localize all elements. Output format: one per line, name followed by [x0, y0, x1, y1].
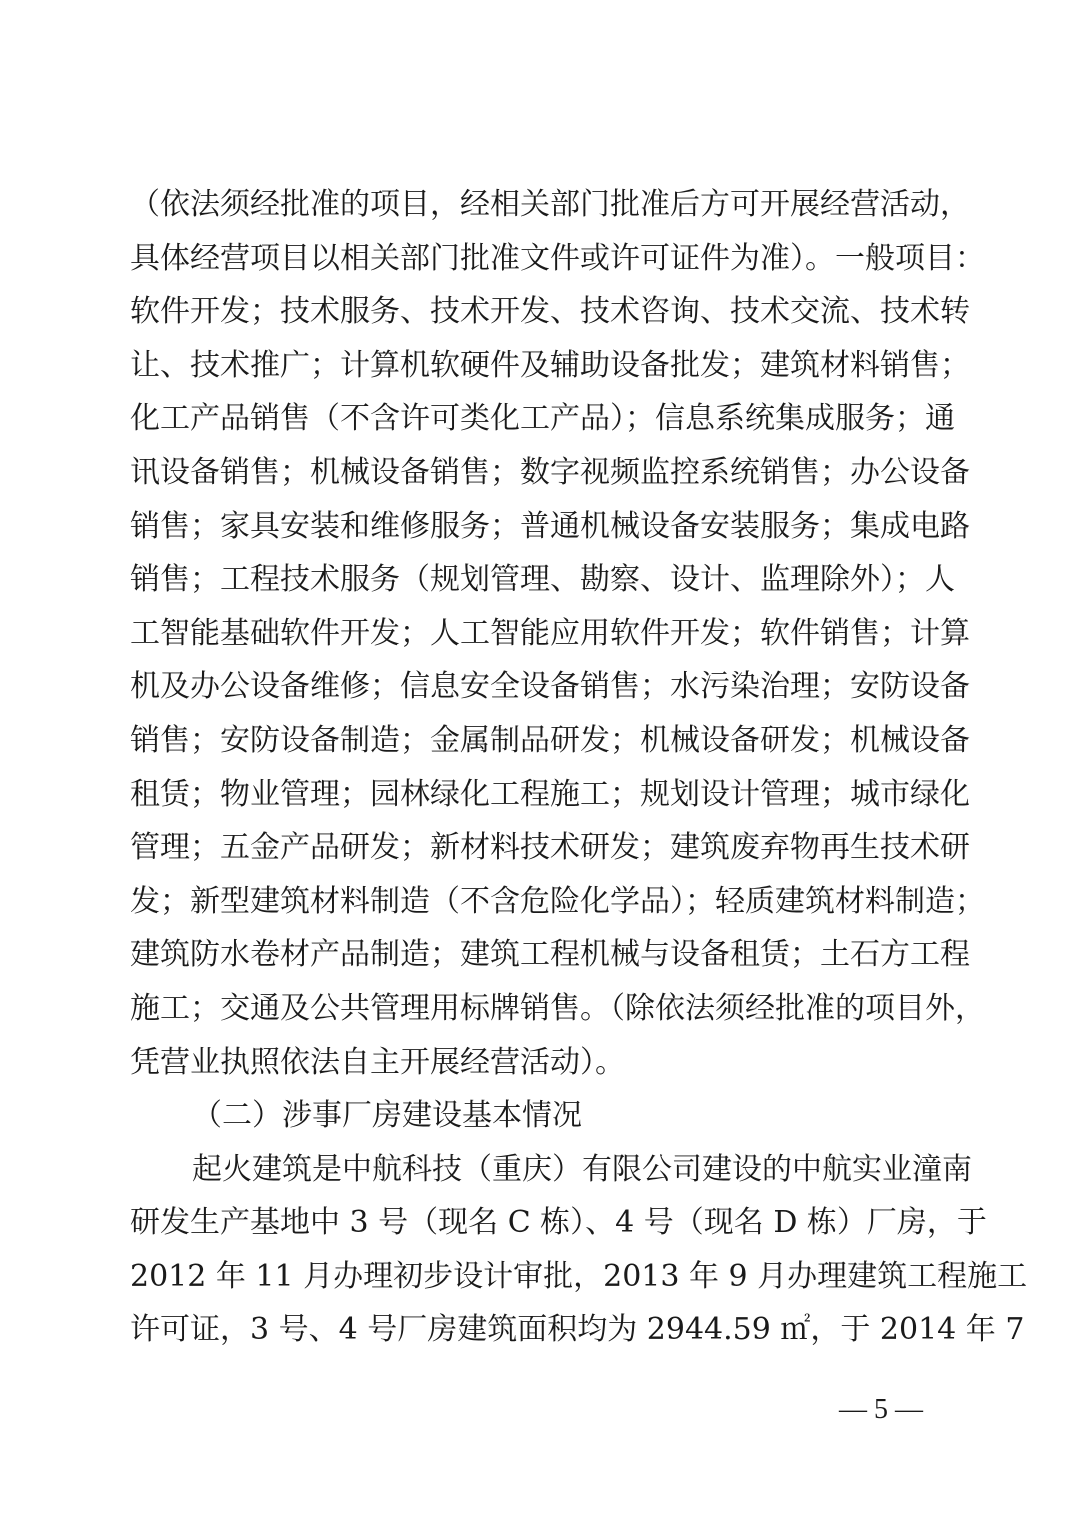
text-line: 研发生产基地中 3 号（现名 C 栋）、4 号（现名 D 栋）厂房，于	[130, 1196, 950, 1250]
document-body: （依法须经批准的项目，经相关部门批准后方可开展经营活动， 具体经营项目以相关部门…	[130, 178, 950, 1357]
text-line: 软件开发；技术服务、技术开发、技术咨询、技术交流、技术转	[130, 285, 950, 339]
building-info-paragraph: 起火建筑是中航科技（重庆）有限公司建设的中航实业潼南 研发生产基地中 3 号（现…	[130, 1143, 950, 1357]
document-page: （依法须经批准的项目，经相关部门批准后方可开展经营活动， 具体经营项目以相关部门…	[0, 0, 1074, 1520]
text-line: 2012 年 11 月办理初步设计审批，2013 年 9 月办理建筑工程施工	[130, 1250, 950, 1304]
text-line: 许可证，3 号、4 号厂房建筑面积均为 2944.59 ㎡，于 2014 年 7	[130, 1303, 950, 1357]
text-line: 发；新型建筑材料制造（不含危险化学品）；轻质建筑材料制造；	[130, 875, 950, 929]
text-line: 凭营业执照依法自主开展经营活动）。	[130, 1036, 950, 1090]
text-line: 施工；交通及公共管理用标牌销售。（除依法须经批准的项目外，	[130, 982, 950, 1036]
text-line: 销售；工程技术服务（规划管理、勘察、设计、监理除外）；人	[130, 553, 950, 607]
text-line: 让、技术推广；计算机软硬件及辅助设备批发；建筑材料销售；	[130, 339, 950, 393]
text-line: 租赁；物业管理；园林绿化工程施工；规划设计管理；城市绿化	[130, 768, 950, 822]
page-number: — 5 —	[836, 1390, 926, 1430]
text-line: 建筑防水卷材产品制造；建筑工程机械与设备租赁；土石方工程	[130, 928, 950, 982]
text-line: 机及办公设备维修；信息安全设备销售；水污染治理；安防设备	[130, 660, 950, 714]
text-line: 讯设备销售；机械设备销售；数字视频监控系统销售；办公设备	[130, 446, 950, 500]
section-heading: （二）涉事厂房建设基本情况	[130, 1089, 950, 1143]
text-line: 具体经营项目以相关部门批准文件或许可证件为准）。一般项目：	[130, 232, 950, 286]
text-line: 销售；家具安装和维修服务；普通机械设备安装服务；集成电路	[130, 500, 950, 554]
text-line: 工智能基础软件开发；人工智能应用软件开发；软件销售；计算	[130, 607, 950, 661]
text-line: 管理；五金产品研发；新材料技术研发；建筑废弃物再生技术研	[130, 821, 950, 875]
business-scope-paragraph: （依法须经批准的项目，经相关部门批准后方可开展经营活动， 具体经营项目以相关部门…	[130, 178, 950, 1089]
text-line: （依法须经批准的项目，经相关部门批准后方可开展经营活动，	[130, 178, 950, 232]
text-line: 销售；安防设备制造；金属制品研发；机械设备研发；机械设备	[130, 714, 950, 768]
text-line: 化工产品销售（不含许可类化工产品）；信息系统集成服务；通	[130, 392, 950, 446]
text-line: 起火建筑是中航科技（重庆）有限公司建设的中航实业潼南	[130, 1143, 950, 1197]
